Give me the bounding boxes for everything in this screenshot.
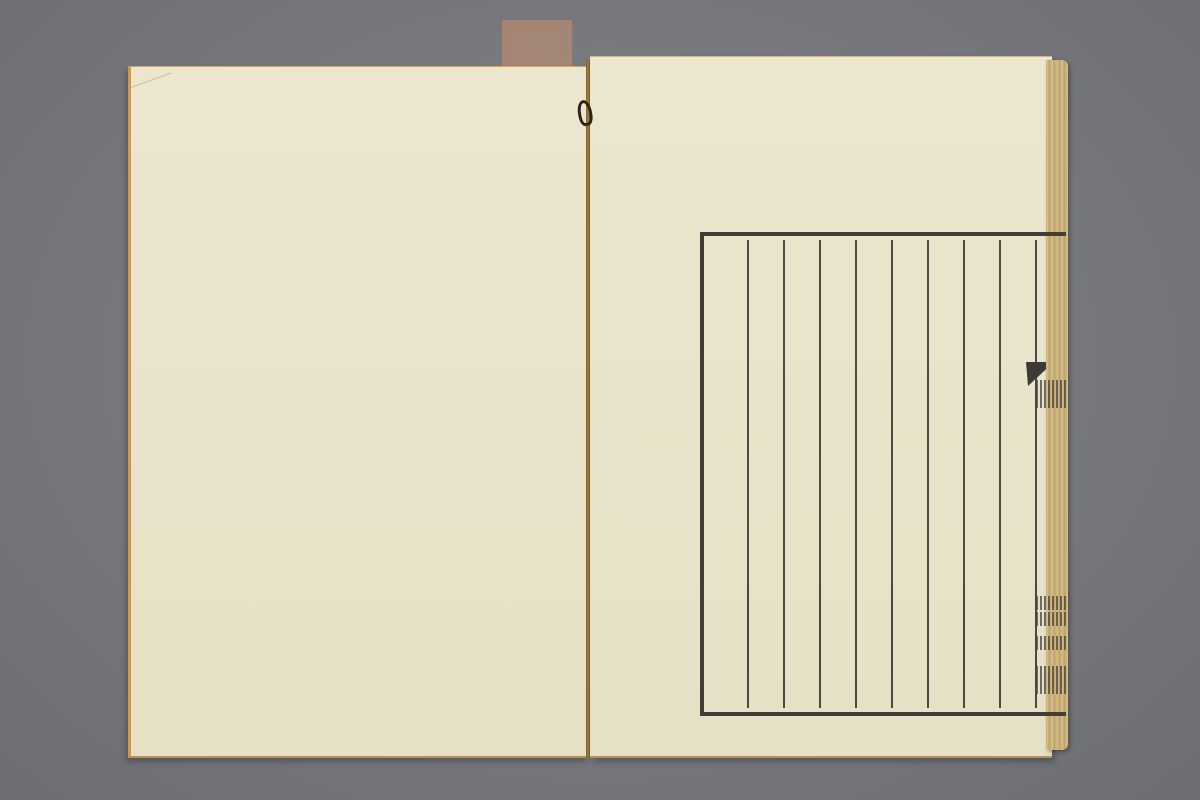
grid-column-line xyxy=(747,240,749,708)
grid-column-line xyxy=(819,240,821,708)
left-page-blank xyxy=(128,66,588,758)
grid-column-line xyxy=(783,240,785,708)
edge-print-mark xyxy=(1036,380,1066,394)
grid-column-line xyxy=(855,240,857,708)
grid-column-line xyxy=(891,240,893,708)
grid-column-line xyxy=(927,240,929,708)
grid-column-line xyxy=(999,240,1001,708)
edge-print-mark xyxy=(1036,636,1066,650)
grid-column-line xyxy=(963,240,965,708)
printed-column-grid-frame xyxy=(700,232,1066,716)
edge-print-mark xyxy=(1036,680,1066,694)
edge-print-mark xyxy=(1036,596,1066,610)
edge-print-mark xyxy=(1036,394,1066,408)
edge-print-mark xyxy=(1036,612,1066,626)
edge-print-mark xyxy=(1036,666,1066,680)
book-spine-gutter xyxy=(586,60,590,758)
